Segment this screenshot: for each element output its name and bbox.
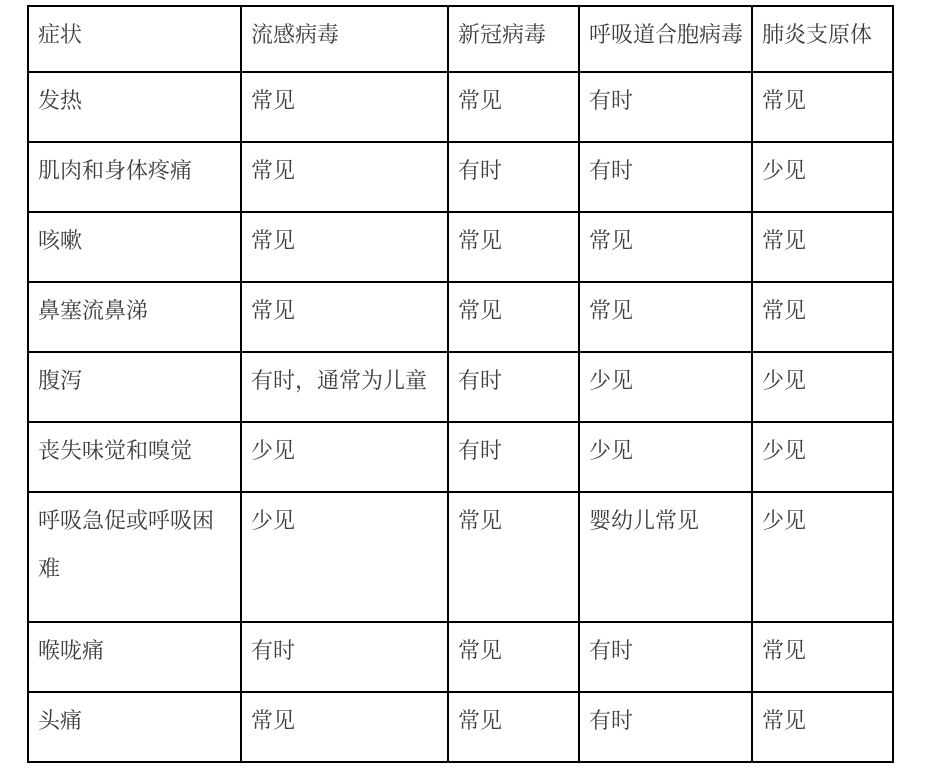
table-row: 头痛常见常见有时常见: [28, 692, 893, 762]
value-cell: 有时: [241, 622, 448, 692]
value-cell: 少见: [579, 352, 752, 422]
column-header: 症状: [28, 6, 241, 72]
value-cell: 常见: [241, 692, 448, 762]
value-cell: 常见: [579, 212, 752, 282]
value-cell: 常见: [241, 72, 448, 142]
value-cell: 常见: [579, 282, 752, 352]
table-row: 丧失味觉和嗅觉少见有时少见少见: [28, 422, 893, 492]
value-cell: 婴幼儿常见: [579, 492, 752, 622]
symptom-cell: 喉咙痛: [28, 622, 241, 692]
symptom-cell: 头痛: [28, 692, 241, 762]
value-cell: 有时，通常为儿童: [241, 352, 448, 422]
symptom-cell: 丧失味觉和嗅觉: [28, 422, 241, 492]
symptom-cell: 腹泻: [28, 352, 241, 422]
value-cell: 常见: [241, 142, 448, 212]
table-row: 鼻塞流鼻涕常见常见常见常见: [28, 282, 893, 352]
value-cell: 常见: [448, 692, 579, 762]
value-cell: 有时: [579, 72, 752, 142]
value-cell: 有时: [448, 142, 579, 212]
value-cell: 常见: [752, 72, 893, 142]
column-header: 呼吸道合胞病毒: [579, 6, 752, 72]
value-cell: 常见: [752, 282, 893, 352]
symptom-comparison-table: 症状流感病毒新冠病毒呼吸道合胞病毒肺炎支原体 发热常见常见有时常见肌肉和身体疼痛…: [27, 5, 894, 763]
value-cell: 常见: [241, 282, 448, 352]
value-cell: 有时: [579, 142, 752, 212]
value-cell: 常见: [752, 692, 893, 762]
table-row: 腹泻有时，通常为儿童有时少见少见: [28, 352, 893, 422]
value-cell: 常见: [241, 212, 448, 282]
value-cell: 少见: [241, 492, 448, 622]
value-cell: 常见: [448, 622, 579, 692]
table-row: 咳嗽常见常见常见常见: [28, 212, 893, 282]
value-cell: 少见: [752, 422, 893, 492]
column-header: 流感病毒: [241, 6, 448, 72]
symptom-cell: 鼻塞流鼻涕: [28, 282, 241, 352]
symptom-cell: 发热: [28, 72, 241, 142]
header-row: 症状流感病毒新冠病毒呼吸道合胞病毒肺炎支原体: [28, 6, 893, 72]
value-cell: 有时: [579, 622, 752, 692]
value-cell: 常见: [752, 622, 893, 692]
value-cell: 常见: [448, 492, 579, 622]
column-header: 新冠病毒: [448, 6, 579, 72]
value-cell: 少见: [752, 142, 893, 212]
value-cell: 有时: [579, 692, 752, 762]
value-cell: 常见: [448, 212, 579, 282]
value-cell: 常见: [448, 72, 579, 142]
value-cell: 常见: [752, 212, 893, 282]
table-row: 发热常见常见有时常见: [28, 72, 893, 142]
table-row: 肌肉和身体疼痛常见有时有时少见: [28, 142, 893, 212]
value-cell: 少见: [241, 422, 448, 492]
value-cell: 有时: [448, 422, 579, 492]
table-row: 喉咙痛有时常见有时常见: [28, 622, 893, 692]
value-cell: 少见: [579, 422, 752, 492]
column-header: 肺炎支原体: [752, 6, 893, 72]
value-cell: 少见: [752, 352, 893, 422]
table-row: 呼吸急促或呼吸困难少见常见婴幼儿常见少见: [28, 492, 893, 622]
value-cell: 少见: [752, 492, 893, 622]
symptom-cell: 咳嗽: [28, 212, 241, 282]
symptom-cell: 肌肉和身体疼痛: [28, 142, 241, 212]
value-cell: 常见: [448, 282, 579, 352]
table-body: 发热常见常见有时常见肌肉和身体疼痛常见有时有时少见咳嗽常见常见常见常见鼻塞流鼻涕…: [28, 72, 893, 762]
symptom-cell: 呼吸急促或呼吸困难: [28, 492, 241, 622]
value-cell: 有时: [448, 352, 579, 422]
